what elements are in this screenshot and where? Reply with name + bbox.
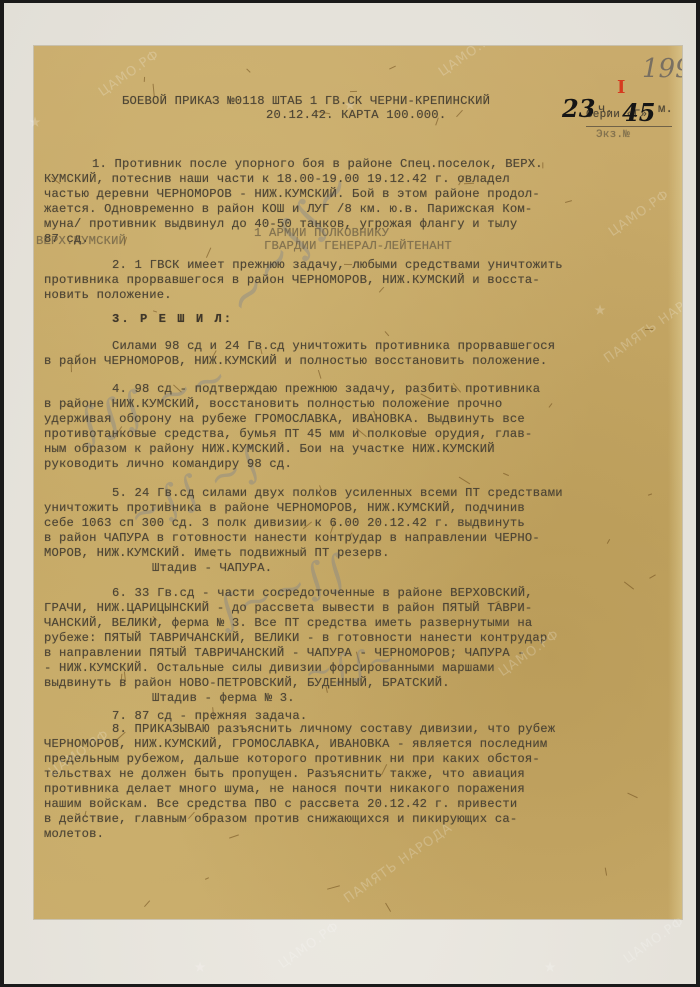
body-line: в район ЧАПУРА в готовности нанести конт… <box>44 531 540 545</box>
paper-fiber <box>648 493 652 495</box>
body-line: 6. 33 Гв.сд - части сосредоточенные в ра… <box>112 586 533 600</box>
document-sheet: ~~∫∫~ ∫∫∫ ~∼ ~∫∫ ∼∫ ∫~∼∫∫ ∼∫∫~ Серии «Г»… <box>34 46 682 919</box>
copy-label: Экз.№ <box>596 128 630 142</box>
paper-fiber <box>389 65 396 69</box>
body-line: в районе НИЖ.КУМСКИЙ, восстановить полно… <box>44 397 502 411</box>
watermark-star-icon: ★ <box>594 296 606 322</box>
time-hour-suffix: ч. <box>598 102 613 116</box>
body-line: тельствах не должен быть пропущен. Разъя… <box>44 767 525 781</box>
body-line: жается. Одновременно в район КОШ и ЛУГ /… <box>44 202 532 216</box>
body-line: 1. Противник после упорного боя в районе… <box>92 157 543 171</box>
page-number-handwritten: 199 <box>642 54 682 84</box>
paper-fiber <box>645 329 653 330</box>
body-line: 2. 1 ГВСК имеет прежнюю задачу, любыми с… <box>112 258 563 272</box>
body-line: Силами 98 сд и 24 Гв.сд уничтожить проти… <box>112 339 555 353</box>
body-line: ГРАЧИ, НИЖ.ЦАРИЦЫНСКИЙ - до рассвета выв… <box>44 601 532 615</box>
body-line: муна/ противник выдвинул до 40-50 танков… <box>44 217 517 231</box>
body-line: удерживая оборону на рубеже ГРОМОСЛАВКА,… <box>44 412 525 426</box>
paper-fiber <box>548 403 552 407</box>
time-minute-suffix: м. <box>658 102 673 116</box>
watermark: ЦАМО.РФ <box>606 187 672 240</box>
watermark: ЦАМО.РФ <box>436 46 502 80</box>
body-line: ЧЕРНОМОРОВ, НИЖ.КУМСКИЙ, ГРОМОСЛАВКА, ИВ… <box>44 737 547 751</box>
body-line: уничтожить противника в районе ЧЕРНОМОРО… <box>44 501 525 515</box>
body-line: новить положение. <box>44 288 172 302</box>
watermark-star-icon: ★ <box>544 953 556 979</box>
section-heading: 3. Р Е Ш И Л: <box>112 312 233 326</box>
paper-fiber <box>607 539 610 544</box>
paper-fiber <box>318 370 322 379</box>
paper-fiber <box>350 91 357 92</box>
body-line: - НИЖ.КУМСКИЙ. Остальные силы дивизии фо… <box>44 661 495 675</box>
body-line: КУМСКИЙ, потеснив наши части к 18.00-19.… <box>44 172 510 186</box>
body-line: 7. 87 сд - прежняя задача. <box>112 709 307 723</box>
paper-fiber <box>144 77 145 82</box>
body-line: нашим войскам. Все средства ПВО с рассве… <box>44 797 517 811</box>
body-line: 5. 24 Гв.сд силами двух полков усиленных… <box>112 486 563 500</box>
body-line: предельным рубежом, дальше которого прот… <box>44 752 540 766</box>
body-line: 8. ПРИКАЗЫВАЮ разъяснить личному составу… <box>112 722 555 736</box>
body-line: рубеже: ПЯТЫЙ ТАВРИЧАНСКИЙ, ВЕЛИКИ - в г… <box>44 631 547 645</box>
body-line: противника делает много шума, не нанося … <box>44 782 525 796</box>
body-line: частью деревни ЧЕРНОМОРОВ - НИЖ.КУМСКИЙ.… <box>44 187 540 201</box>
paper-fiber <box>456 109 463 116</box>
body-line: противника прорвавшегося в район ЧЕРНОМО… <box>44 273 540 287</box>
paper-fiber <box>385 903 391 912</box>
paper-fiber <box>565 200 572 203</box>
body-line: ЧАНСКИЙ, ВЕЛИКИ, ферма № 3. Все ПТ средс… <box>44 616 532 630</box>
time-minute-handwritten: 45 <box>622 98 655 127</box>
body-line: в направлении ПЯТЫЙ ТАВРИЧАНСКИЙ - ЧАПУР… <box>44 646 525 660</box>
watermark: ПАМЯТЬ НАРОДА <box>341 820 455 906</box>
paper-fiber <box>650 574 657 578</box>
body-line: себе 1063 сп 300 сд. 3 полк дивизии к 6.… <box>44 516 525 530</box>
paper-fiber <box>230 834 240 838</box>
body-line: руководить лично командиру 98 сд. <box>44 457 292 471</box>
body-line: в действие, главным образом против снижа… <box>44 812 517 826</box>
paper-fiber <box>206 247 212 258</box>
order-title: БОЕВОЙ ПРИКАЗ №0118 ШТАБ 1 ГВ.СК ЧЕРНИ-К… <box>122 94 490 108</box>
body-line: в район ЧЕРНОМОРОВ, НИЖ.КУМСКИЙ и полнос… <box>44 354 547 368</box>
body-line: Штадив - ЧАПУРА. <box>152 561 272 575</box>
watermark: ЦАМО.РФ <box>621 914 687 967</box>
paper-fiber <box>144 901 150 908</box>
paper-fiber <box>246 68 250 72</box>
watermark-star-icon: ★ <box>194 953 206 979</box>
paper-fiber <box>604 867 606 875</box>
body-line: МОРОВ, НИЖ.КУМСКИЙ. Иметь подвижный ПТ р… <box>44 546 390 560</box>
paper-fiber <box>624 581 634 589</box>
order-date-line: 20.12.42. КАРТА 100.000. <box>266 108 446 122</box>
body-line: молетов. <box>44 827 104 841</box>
paper-fiber <box>205 877 209 880</box>
body-line: противотанковые средства, бумья ПТ 45 мм… <box>44 427 532 441</box>
body-line: 87 сд. <box>44 232 89 246</box>
paper-fiber <box>385 332 389 337</box>
body-line: Штадив - ферма № 3. <box>152 691 295 705</box>
overlay-faint-line: ГВАРДИИ ГЕНЕРАЛ-ЛЕЙТЕНАНТ <box>264 239 452 253</box>
paper-fiber <box>628 792 639 798</box>
body-line: выдвинуть в район НОВО-ПЕТРОВСКИЙ, БУДЕН… <box>44 676 450 690</box>
body-line: ным образом к району НИЖ.КУМСКИЙ. Бои на… <box>44 442 495 456</box>
watermark: ЦАМО.РФ <box>276 919 342 972</box>
red-mark: I <box>617 77 625 98</box>
body-line: 4. 98 сд - подтверждаю прежнюю задачу, р… <box>112 382 540 396</box>
scan-mount-background: ~~∫∫~ ∫∫∫ ~∼ ~∫∫ ∼∫ ∫~∼∫∫ ∼∫∫~ Серии «Г»… <box>4 3 696 984</box>
paper-fiber <box>378 286 384 292</box>
paper-fiber <box>327 886 340 890</box>
paper-fiber <box>503 473 509 476</box>
sheet-edge-fold <box>668 46 682 919</box>
time-hour-handwritten: 23 <box>562 94 595 123</box>
paper-fiber <box>458 477 470 485</box>
